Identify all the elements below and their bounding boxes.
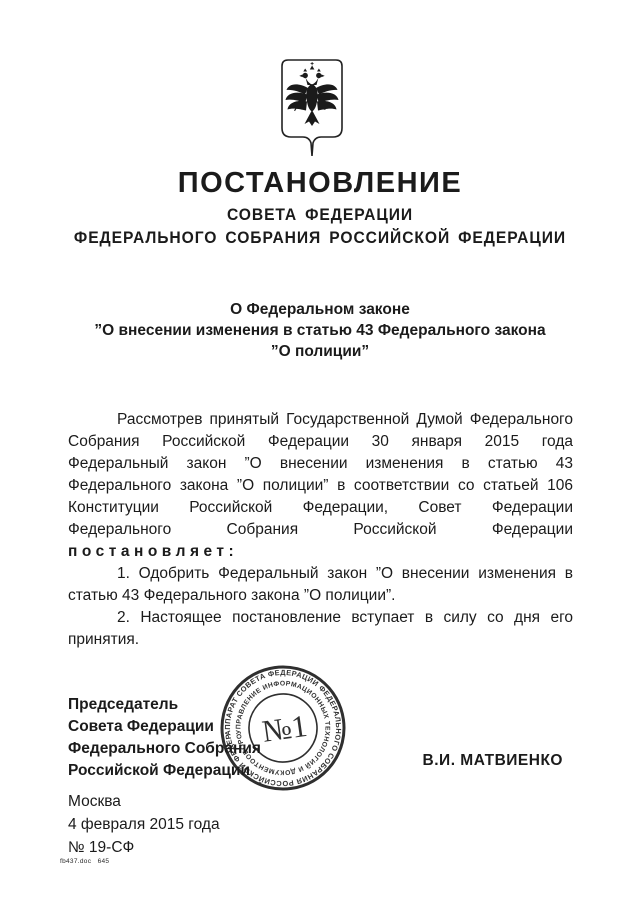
body-text-line: Федерального закона ”О полиции” в соотве… <box>68 475 573 497</box>
body-text-line: Собрания Российской Федерации 30 января … <box>68 431 573 453</box>
double-headed-eagle <box>286 62 339 126</box>
issue-place: Москва <box>68 790 220 813</box>
body-text-line: Рассмотрев принятый Государственной Думо… <box>68 409 573 431</box>
issue-date: 4 февраля 2015 года <box>68 813 220 836</box>
issue-block: Москва 4 февраля 2015 года № 19-СФ <box>68 790 220 859</box>
coat-of-arms-russia-icon <box>279 58 345 162</box>
document-subtitle-line1: СОВЕТА ФЕДЕРАЦИИ <box>26 205 615 225</box>
footer-file-code: fb437.doc 645 <box>60 858 109 865</box>
body-text-line: статью 43 Федерального закона ”О полиции… <box>68 585 573 607</box>
document-title: ПОСТАНОВЛЕНИЕ <box>0 167 640 200</box>
body-text-line: Федеральный закон ”О внесении изменения … <box>68 453 573 475</box>
body-text-line: 2. Настоящее постановление вступает в си… <box>68 607 573 629</box>
body-text-line: принятия. <box>68 629 573 651</box>
subject-line: О Федеральном законе <box>40 299 600 320</box>
issue-number: № 19-СФ <box>68 836 220 859</box>
signer-name: В.И. МАТВИЕНКО <box>423 752 563 770</box>
document-subtitle-line2: ФЕДЕРАЛЬНОГО СОБРАНИЯ РОССИЙСКОЙ ФЕДЕРАЦ… <box>26 228 615 248</box>
body-text-line: 1. Одобрить Федеральный закон ”О внесени… <box>68 563 573 585</box>
body-text-line: Конституции Российской Федерации, Совет … <box>68 497 573 519</box>
document-body: Рассмотрев принятый Государственной Думо… <box>68 409 573 651</box>
stamp-number: №1 <box>260 708 310 749</box>
official-round-stamp: АППАРАТ СОВЕТА ФЕДЕРАЦИИ ФЕДЕРАЛЬНОГО СО… <box>210 655 357 802</box>
body-text-line: Федерального Собрания Российской Федерац… <box>68 519 573 541</box>
subject-line: ”О внесении изменения в статью 43 Федера… <box>40 320 600 341</box>
subject-line: ”О полиции” <box>40 341 600 362</box>
document-page: ПОСТАНОВЛЕНИЕ СОВЕТА ФЕДЕРАЦИИ ФЕДЕРАЛЬН… <box>0 0 640 905</box>
document-subject: О Федеральном законе”О внесении изменени… <box>40 299 600 362</box>
body-text-line: постановляет: <box>68 541 573 563</box>
